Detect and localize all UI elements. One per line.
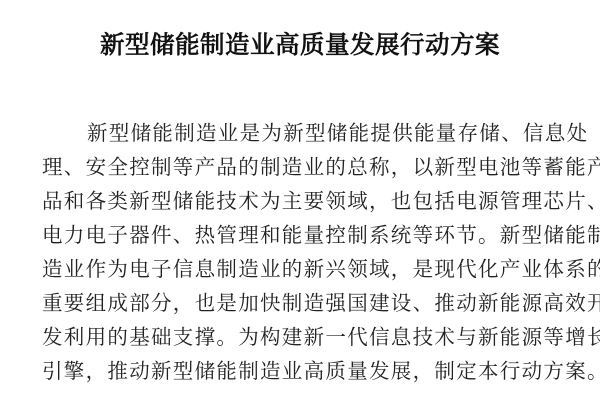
paragraph-line: 电力电子器件、热管理和能量控制系统等环节。新型储能制 — [42, 218, 562, 252]
document-page: 新型储能制造业高质量发展行动方案 新型储能制造业是为新型储能提供能量存储、信息处… — [0, 0, 600, 400]
paragraph-line: 引擎，推动新型储能制造业高质量发展，制定本行动方案。 — [42, 354, 562, 388]
paragraph-line: 新型储能制造业是为新型储能提供能量存储、信息处 — [42, 116, 562, 150]
paragraph-line: 品和各类新型储能技术为主要领域，也包括电源管理芯片、 — [42, 184, 562, 218]
document-body-paragraph: 新型储能制造业是为新型储能提供能量存储、信息处 理、安全控制等产品的制造业的总称… — [42, 116, 562, 388]
paragraph-line: 重要组成部分，也是加快制造强国建设、推动新能源高效开 — [42, 286, 562, 320]
paragraph-line: 造业作为电子信息制造业的新兴领域，是现代化产业体系的 — [42, 252, 562, 286]
paragraph-line: 理、安全控制等产品的制造业的总称，以新型电池等蓄能产 — [42, 150, 562, 184]
paragraph-line: 发利用的基础支撑。为构建新一代信息技术与新能源等增长 — [42, 320, 562, 354]
document-title: 新型储能制造业高质量发展行动方案 — [0, 28, 600, 62]
